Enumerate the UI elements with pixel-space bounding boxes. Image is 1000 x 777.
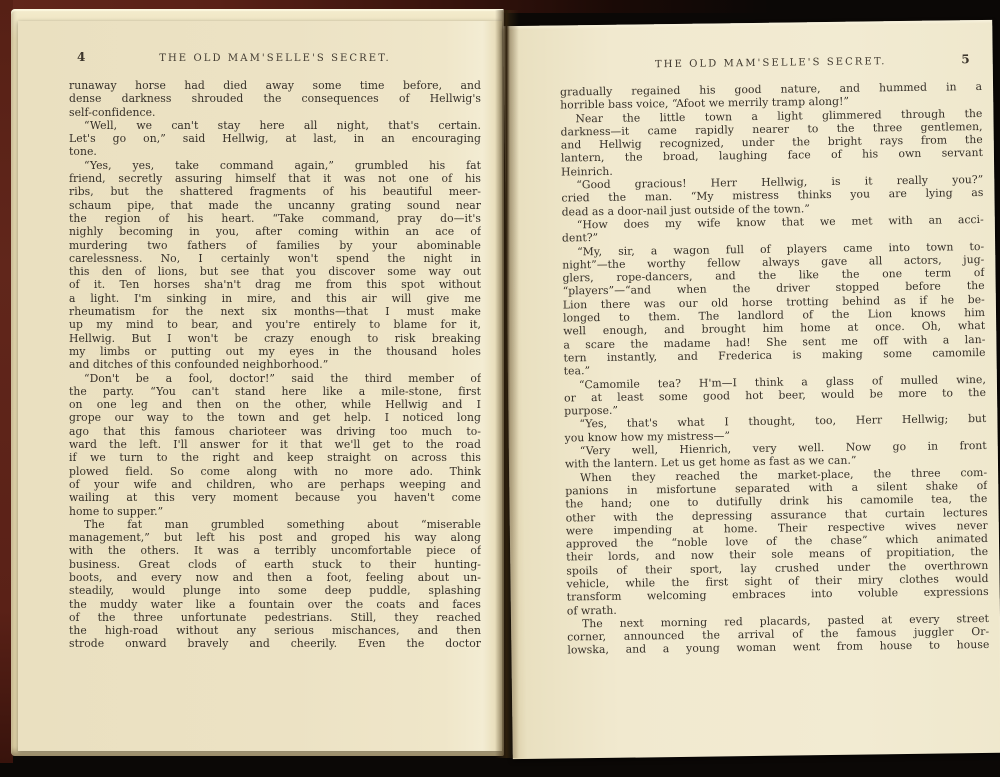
paragraph: “Don't be a fool, doctor!” said the thir… [69, 372, 481, 518]
text-line: dense darkness shrouded the consequences… [69, 92, 481, 105]
paragraph: runaway horse had died away some time be… [69, 79, 481, 119]
text-line: ago that this famous charioteer was driv… [69, 425, 481, 438]
text-line: if we turn to the right and keep straigh… [69, 451, 481, 464]
running-header-left: THE OLD MAM'SELLE'S SECRET. [111, 52, 439, 65]
page-body: gradually regained his good nature, and … [560, 80, 989, 657]
paragraph: “Well, we can't stay here all night, tha… [69, 119, 481, 159]
text-line: the high-road without any serious mischa… [69, 624, 481, 637]
text-line: on one leg and then on the other, while … [69, 398, 481, 411]
text-line: grope our way to the town and get help. … [69, 411, 481, 424]
text-line: of it. Ten horses sha'n't drag me from t… [69, 278, 481, 291]
text-line: Hellwig. But I won't be crazy enough to … [69, 332, 481, 345]
paragraph: The next morning red placards, pasted at… [567, 612, 989, 657]
paragraph: Near the little town a light glimmered t… [560, 107, 983, 179]
paragraph: “Good gracious! Herr Hellwig, is it real… [561, 173, 983, 218]
text-line: friend, secretly assuring himself that i… [69, 172, 481, 185]
running-header-right: THE OLD MAM'SELLE'S SECRET. [602, 55, 940, 72]
text-line: runaway horse had died away some time be… [69, 79, 481, 92]
page-number-left: 4 [69, 51, 111, 64]
text-line: home to supper.” [69, 505, 481, 518]
text-line: The fat man grumbled something about “mi… [69, 518, 481, 531]
left-running-head: 4 THE OLD MAM'SELLE'S SECRET. [69, 51, 481, 64]
text-line: self-confidence. [69, 106, 481, 119]
paragraph: “Camomile tea? H'm—I think a glass of mu… [564, 372, 986, 417]
text-line: nighly becoming in you, after coming wit… [69, 225, 481, 238]
paragraph: The fat man grumbled something about “mi… [69, 518, 481, 651]
right-page: THE OLD MAM'SELLE'S SECRET. 5 gradually … [503, 20, 1000, 759]
book-scan: 4 THE OLD MAM'SELLE'S SECRET. runaway ho… [0, 0, 1000, 777]
paragraph: “Yes, yes, take command again,” grumbled… [69, 159, 481, 372]
text-line: plowed field. So come along with no more… [69, 465, 481, 478]
right-running-head: THE OLD MAM'SELLE'S SECRET. 5 [560, 53, 982, 72]
paragraph: “My, sir, a wagon full of players came i… [562, 240, 986, 378]
text-line: rheumatism for the next six months—that … [69, 305, 481, 318]
text-line: schaum pipe, that made the uncanny grati… [69, 199, 481, 212]
text-line: boots, and every now and then a foot, fe… [69, 571, 481, 584]
page-number-right: 5 [940, 53, 982, 67]
text-line: of your wife and children, who are perha… [69, 478, 481, 491]
text-line: tone. [69, 145, 481, 158]
text-line: the party. “You can't stand here like a … [69, 385, 481, 398]
text-line: this den of lions, but see that you disc… [69, 265, 481, 278]
text-line: “Don't be a fool, doctor!” said the thir… [69, 372, 481, 385]
text-line: strode onward bravely and cheerily. Even… [69, 637, 481, 650]
text-line: steadily, would plunge into some deep pu… [69, 584, 481, 597]
left-page: 4 THE OLD MAM'SELLE'S SECRET. runaway ho… [18, 21, 502, 751]
text-line: ward the left. I'll answer for it that w… [69, 438, 481, 451]
text-line: the muddy water like a fountain over the… [69, 598, 481, 611]
page-body: runaway horse had died away some time be… [69, 79, 481, 651]
paragraph: When they reached the market-place, the … [565, 466, 989, 618]
text-line: wailing at this very moment because you … [69, 491, 481, 504]
text-line: carelessness. No, I certainly won't spen… [69, 252, 481, 265]
text-line: management,” but left his post and grope… [69, 531, 481, 544]
text-line: “Yes, yes, take command again,” grumbled… [69, 159, 481, 172]
text-line: up my mind to bear, and you're entirely … [69, 318, 481, 331]
text-line: business. Great clods of earth stuck to … [69, 558, 481, 571]
text-line: and ditches of this confounded neighborh… [69, 358, 481, 371]
text-line: with the others. It was a terribly uncom… [69, 544, 481, 557]
text-line: “Well, we can't stay here all night, tha… [69, 119, 481, 132]
text-line: ribs, but the shattered fragments of his… [69, 185, 481, 198]
text-line: a light. I'm sinking in mire, and this a… [69, 292, 481, 305]
text-line: Let's go on,” said Hellwig, at last, in … [69, 132, 481, 145]
text-line: my limbs or putting out my eyes in the t… [69, 345, 481, 358]
text-line: of the three unfortunate pedestrians. St… [69, 611, 481, 624]
text-line: murdering two fathers of families by you… [69, 239, 481, 252]
text-line: the region of his heart. “Take command, … [69, 212, 481, 225]
